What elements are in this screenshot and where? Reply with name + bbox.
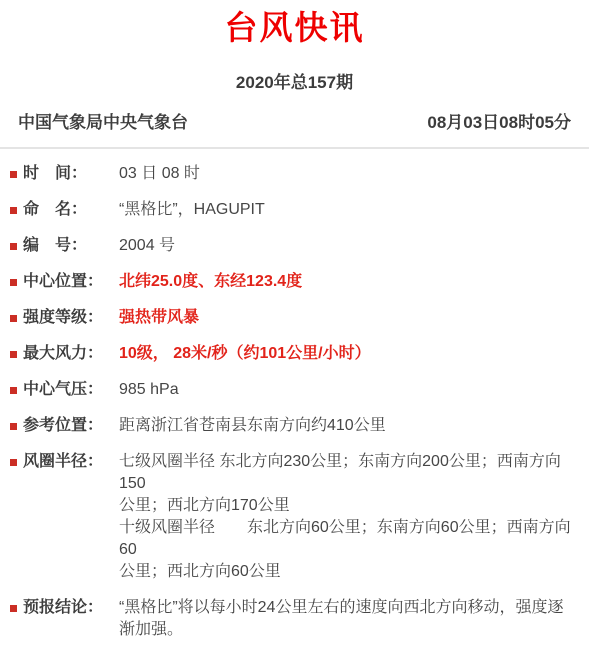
red-square-bullet xyxy=(10,243,17,250)
field-value: 七级风圈半径 东北方向230公里；东南方向200公里；西南方向150 公里；西北… xyxy=(119,451,573,583)
field-row-5: 最大风力：10级， 28米/秒（约101公里/小时） xyxy=(8,343,573,365)
field-value: “黑格比”，HAGUPIT xyxy=(119,199,573,221)
red-square-bullet xyxy=(10,387,17,394)
field-label: 时 间： xyxy=(23,163,119,185)
field-label: 最大风力： xyxy=(23,343,119,365)
field-value: 03 日 08 时 xyxy=(119,163,573,185)
red-square-bullet xyxy=(10,423,17,430)
red-square-bullet xyxy=(10,315,17,322)
page-title: 台风快讯 xyxy=(0,0,589,48)
field-label: 风圈半径： xyxy=(23,451,119,473)
header-bar: 中国气象局中央气象台 08月03日08时05分 xyxy=(0,112,589,149)
agency-name: 中国气象局中央气象台 xyxy=(18,112,188,134)
red-square-bullet xyxy=(10,207,17,214)
typhoon-bulletin-page: 台风快讯 2020年总157期 中国气象局中央气象台 08月03日08时05分 … xyxy=(0,0,589,655)
red-square-bullet xyxy=(10,171,17,178)
field-value: 北纬25.0度、东经123.4度 xyxy=(119,271,573,293)
field-row-4: 强度等级：强热带风暴 xyxy=(8,307,573,329)
field-row-2: 编 号：2004 号 xyxy=(8,235,573,257)
field-row-9: 预报结论：“黑格比”将以每小时24公里左右的速度向西北方向移动，强度逐 渐加强。 xyxy=(8,597,573,641)
field-label: 参考位置： xyxy=(23,415,119,437)
red-square-bullet xyxy=(10,351,17,358)
issue-number: 2020年总157期 xyxy=(0,72,589,94)
red-square-bullet xyxy=(10,279,17,286)
red-square-bullet xyxy=(10,459,17,466)
field-label: 强度等级： xyxy=(23,307,119,329)
field-label: 中心气压： xyxy=(23,379,119,401)
field-row-1: 命 名：“黑格比”，HAGUPIT xyxy=(8,199,573,221)
field-row-8: 风圈半径：七级风圈半径 东北方向230公里；东南方向200公里；西南方向150 … xyxy=(8,451,573,583)
publish-datetime: 08月03日08时05分 xyxy=(427,112,571,134)
field-row-7: 参考位置：距离浙江省苍南县东南方向约410公里 xyxy=(8,415,573,437)
field-label: 命 名： xyxy=(23,199,119,221)
field-value: 2004 号 xyxy=(119,235,573,257)
field-label: 中心位置： xyxy=(23,271,119,293)
fields-list: 时 间：03 日 08 时命 名：“黑格比”，HAGUPIT编 号：2004 号… xyxy=(0,163,589,655)
field-row-3: 中心位置：北纬25.0度、东经123.4度 xyxy=(8,271,573,293)
field-label: 编 号： xyxy=(23,235,119,257)
field-value: 距离浙江省苍南县东南方向约410公里 xyxy=(119,415,573,437)
field-value: 985 hPa xyxy=(119,379,573,401)
field-value: 10级， 28米/秒（约101公里/小时） xyxy=(119,343,573,365)
field-row-6: 中心气压：985 hPa xyxy=(8,379,573,401)
field-value: 强热带风暴 xyxy=(119,307,573,329)
field-value: “黑格比”将以每小时24公里左右的速度向西北方向移动，强度逐 渐加强。 xyxy=(119,597,573,641)
field-label: 预报结论： xyxy=(23,597,119,619)
red-square-bullet xyxy=(10,605,17,612)
field-row-0: 时 间：03 日 08 时 xyxy=(8,163,573,185)
